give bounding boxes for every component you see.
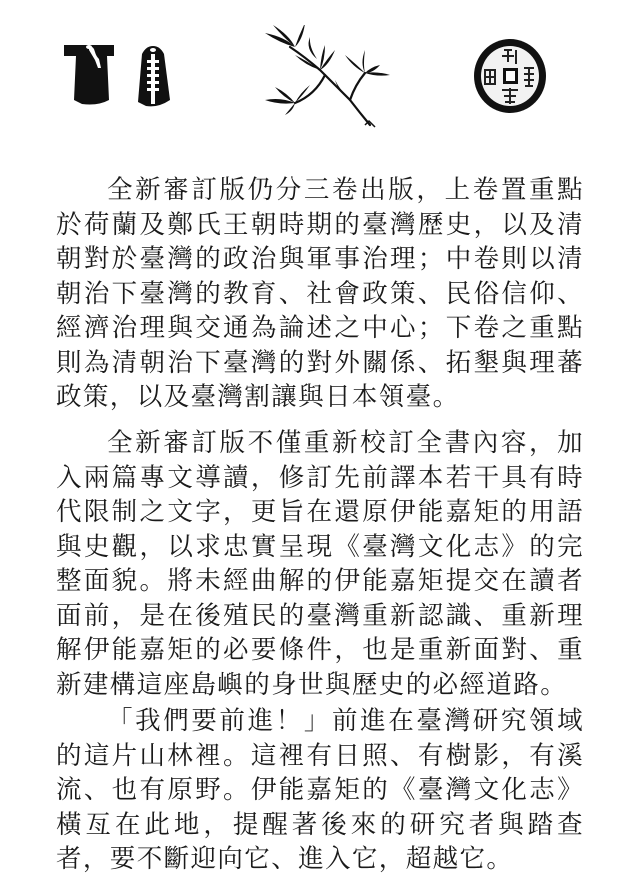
paragraph-volume-structure: 全新審訂版仍分三卷出版，上卷置重點於荷蘭及鄭氏王朝時期的臺灣歷史，以及清朝對於臺…: [56, 173, 584, 415]
robe-jacket-icon: [62, 42, 202, 112]
coin-illustration: [472, 38, 548, 114]
paragraph-revision-notes: 全新審訂版不僅重新校訂全書內容，加入兩篇專文導讀，修訂先前譯本若干具有時代限制之…: [56, 426, 584, 702]
ancient-coin-icon: [472, 38, 548, 114]
bamboo-branch-icon: [265, 25, 395, 130]
paragraph-closing-call: 「我們要前進！」前進在臺灣研究領域的這片山林裡。這裡有日照、有樹影，有溪流、也有…: [56, 704, 584, 875]
bamboo-illustration: [265, 25, 395, 130]
garments-illustration: [62, 42, 202, 112]
